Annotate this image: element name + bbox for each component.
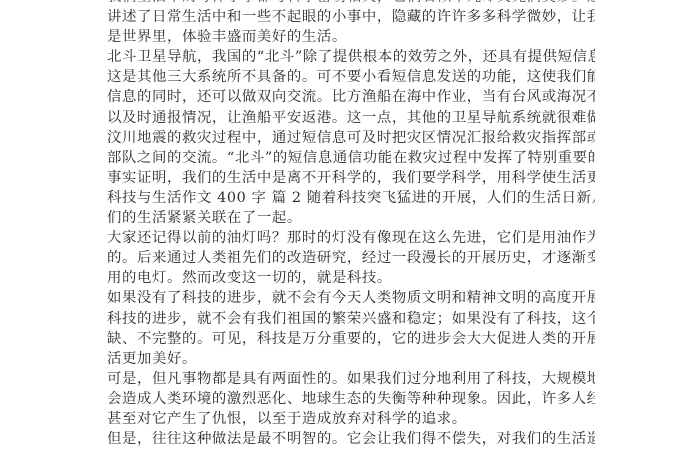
text-line: 会造成人类环境的激烈恶化、地球生态的失衡等种种现象。因此，许多人经常抱怨科学， [107,389,595,409]
text-line: 甚至对它产生了仇恨，以至于造成放弃对科学的追求。 [107,409,595,429]
text-line: 汶川地震的救灾过程中，通过短信息可及时把灾区情况汇报给救灾指挥部或者进行救灾的 [107,128,595,148]
document-page: 我们生活中的每件小事都与科学密切相关，它们看似平凡却又充满奥妙。这些小故事 讲述… [0,0,700,470]
text-line: 讲述了日常生活中和一些不起眼的小事中，隐藏的许许多多科学微妙，让我们在五彩缤纷 [107,7,595,27]
text-line: 信息的同时，还可以做双向交流。比方渔船在海中作业，当有台风或海况不好的时候，可 [107,87,595,107]
text-line: 如果没有了科技的进步，就不会有今天人类物质文明和精神文明的高度开展；如果没有了 [107,288,595,308]
text-line: 活更加美好。 [107,349,595,369]
text-line: 大家还记得以前的油灯吗？那时的灯没有像现在这么先进，它们是用油作为燃料来照明 [107,228,595,248]
text-line: 部队之间的交流。“北斗”的短信息通信功能在救灾过程中发挥了特别重要的作用。 [107,148,595,168]
text-line: 可是，但凡事物都是具有两面性的。如果我们过分地利用了科技，大规模地开采资源，就 [107,369,595,389]
text-line: 这是其他三大系统所不具备的。可不要小看短信息发送的功能，这使我们能够在利用位置 [107,67,595,87]
text-line: 北斗卫星导航，我国的“北斗”除了提供根本的效劳之外，还具有提供短信息发送的功能， [107,47,595,67]
text-line: 用的电灯。然而改变这一切的，就是科技。 [107,268,595,288]
essay-heading-line: 科技与生活作文 400 字 篇 2 随着科技突飞猛进的开展，人们的生活日新月异。… [107,188,595,208]
text-line: 科技的进步，就不会有我们祖国的繁荣兴盛和稳定；如果没有了科技，这个世界将是残 [107,309,595,329]
text-line: 们的生活紧紧关联在了一起。 [107,208,595,228]
text-line: 缺、不完整的。可见，科技是万分重要的，它的进步会大大促进人类的开展，让我们的生 [107,329,595,349]
text-line: 的。后来通过人类祖先们的改造研究，经过一段漫长的开展历史，才逐渐变成了我们现在 [107,248,595,268]
text-line: 但是，往往这种做法是最不明智的。它会让我们得不偿失，对我们的生活造成更大的危 [107,429,595,449]
document-body: 我们生活中的每件小事都与科学密切相关，它们看似平凡却又充满奥妙。这些小故事 讲述… [107,0,595,449]
text-line: 是世界里，体验丰盛而美好的生活。 [107,27,595,47]
text-line: 事实证明，我们的生活中是离不开科学的，我们要学科学，用科学使生活更加美好。 [107,168,595,188]
text-line-partial: 我们生活中的每件小事都与科学密切相关，它们看似平凡却又充满奥妙。这些小故事 [107,0,595,7]
text-line: 以及时通报情况，让渔船平安返港。这一点，其他的卫星导航系统就很难做到。同样，在 [107,108,595,128]
